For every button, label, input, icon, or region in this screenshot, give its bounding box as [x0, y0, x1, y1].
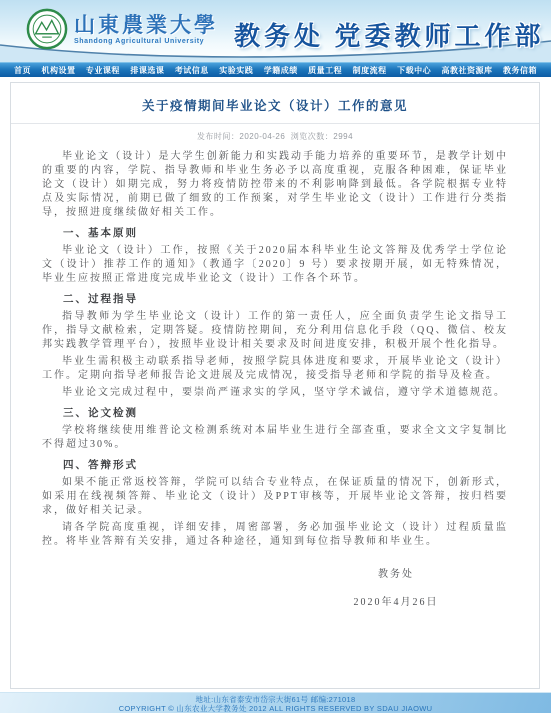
- section-heading: 一、基本原则: [42, 227, 508, 241]
- footer-copyright: COPYRIGHT © 山东农业大学教务处 2012 ALL RIGHTS RE…: [0, 704, 551, 713]
- views-value: 2994: [333, 132, 353, 141]
- article-title: 关于疫情期间毕业论文（设计）工作的意见: [11, 96, 539, 114]
- article-paragraph: 毕业论文完成过程中，要崇尚严谨求实的学风，坚守学术诚信，遵守学术道德规范。: [42, 386, 508, 400]
- nav-item-12[interactable]: 教务信箱: [503, 65, 537, 76]
- nav-item-4[interactable]: 排课选课: [130, 65, 164, 76]
- university-logo[interactable]: 山東農業大學 Shandong Agricultural University: [26, 8, 218, 50]
- main-nav: 首页机构设置专业课程排课选课考试信息实验实践学籍成绩质量工程制度流程下载中心高教…: [0, 62, 551, 77]
- article-container: 关于疫情期间毕业论文（设计）工作的意见 发布时间：2020-04-26 浏览次数…: [10, 82, 540, 689]
- nav-item-2[interactable]: 机构设置: [41, 65, 75, 76]
- title-divider: [11, 123, 539, 124]
- article-paragraph: 请各学院高度重视，详细安排，周密部署，务必加强毕业论文（设计）过程质量监控。将毕…: [42, 521, 508, 549]
- university-name-en: Shandong Agricultural University: [74, 38, 218, 45]
- article-paragraph: 毕业论文（设计）是大学生创新能力和实践动手能力培养的重要环节，是教学计划中的重要…: [42, 150, 508, 220]
- site-title: 教务处 党委教师工作部: [234, 16, 545, 53]
- publish-time-label: 发布时间：: [197, 132, 240, 141]
- nav-item-9[interactable]: 制度流程: [353, 65, 387, 76]
- section-heading: 四、答辩形式: [42, 459, 508, 473]
- article-paragraph: 指导教师为学生毕业论文（设计）工作的第一责任人，应全面负责学生论文指导工作，指导…: [42, 310, 508, 352]
- university-name-zh: 山東農業大學: [74, 14, 218, 36]
- nav-item-3[interactable]: 专业课程: [86, 65, 120, 76]
- signature-block: 教务处 2020年4月26日: [311, 565, 481, 608]
- nav-item-5[interactable]: 考试信息: [175, 65, 209, 76]
- page-footer: 地址:山东省泰安市岱宗大街61号 邮编:271018 COPYRIGHT © 山…: [0, 692, 551, 713]
- article-body: 毕业论文（设计）是大学生创新能力和实践动手能力培养的重要环节，是教学计划中的重要…: [11, 142, 539, 549]
- article-paragraph: 学校将继续使用维普论文检测系统对本届毕业生进行全部查重，要求全文文字复制比不得超…: [42, 424, 508, 452]
- nav-item-10[interactable]: 下载中心: [397, 65, 431, 76]
- views-label: 浏览次数：: [291, 132, 334, 141]
- nav-item-1[interactable]: 首页: [14, 65, 31, 76]
- signature-department: 教务处: [311, 565, 481, 580]
- publish-time-value: 2020-04-26: [239, 132, 285, 141]
- article-paragraph: 如果不能正常返校答辩，学院可以结合专业特点，在保证质量的情况下，创新形式，如采用…: [42, 476, 508, 518]
- section-heading: 三、论文检测: [42, 407, 508, 421]
- nav-item-6[interactable]: 实验实践: [219, 65, 253, 76]
- nav-item-7[interactable]: 学籍成绩: [264, 65, 298, 76]
- nav-item-11[interactable]: 高教社资源库: [442, 65, 493, 76]
- signature-date: 2020年4月26日: [311, 593, 481, 608]
- article-meta: 发布时间：2020-04-26 浏览次数：2994: [11, 131, 539, 142]
- footer-address: 地址:山东省泰安市岱宗大街61号 邮编:271018: [0, 695, 551, 704]
- university-name-block: 山東農業大學 Shandong Agricultural University: [74, 14, 218, 45]
- university-emblem-icon: [26, 8, 68, 50]
- article-paragraph: 毕业生需积极主动联系指导老师，按照学院具体进度和要求，开展毕业论文（设计）工作。…: [42, 355, 508, 383]
- site-header: 山東農業大學 Shandong Agricultural University …: [0, 0, 551, 62]
- article-paragraph: 毕业论文（设计）工作，按照《关于2020届本科毕业生论文答辩及优秀学士学位论文（…: [42, 244, 508, 286]
- nav-item-8[interactable]: 质量工程: [308, 65, 342, 76]
- section-heading: 二、过程指导: [42, 293, 508, 307]
